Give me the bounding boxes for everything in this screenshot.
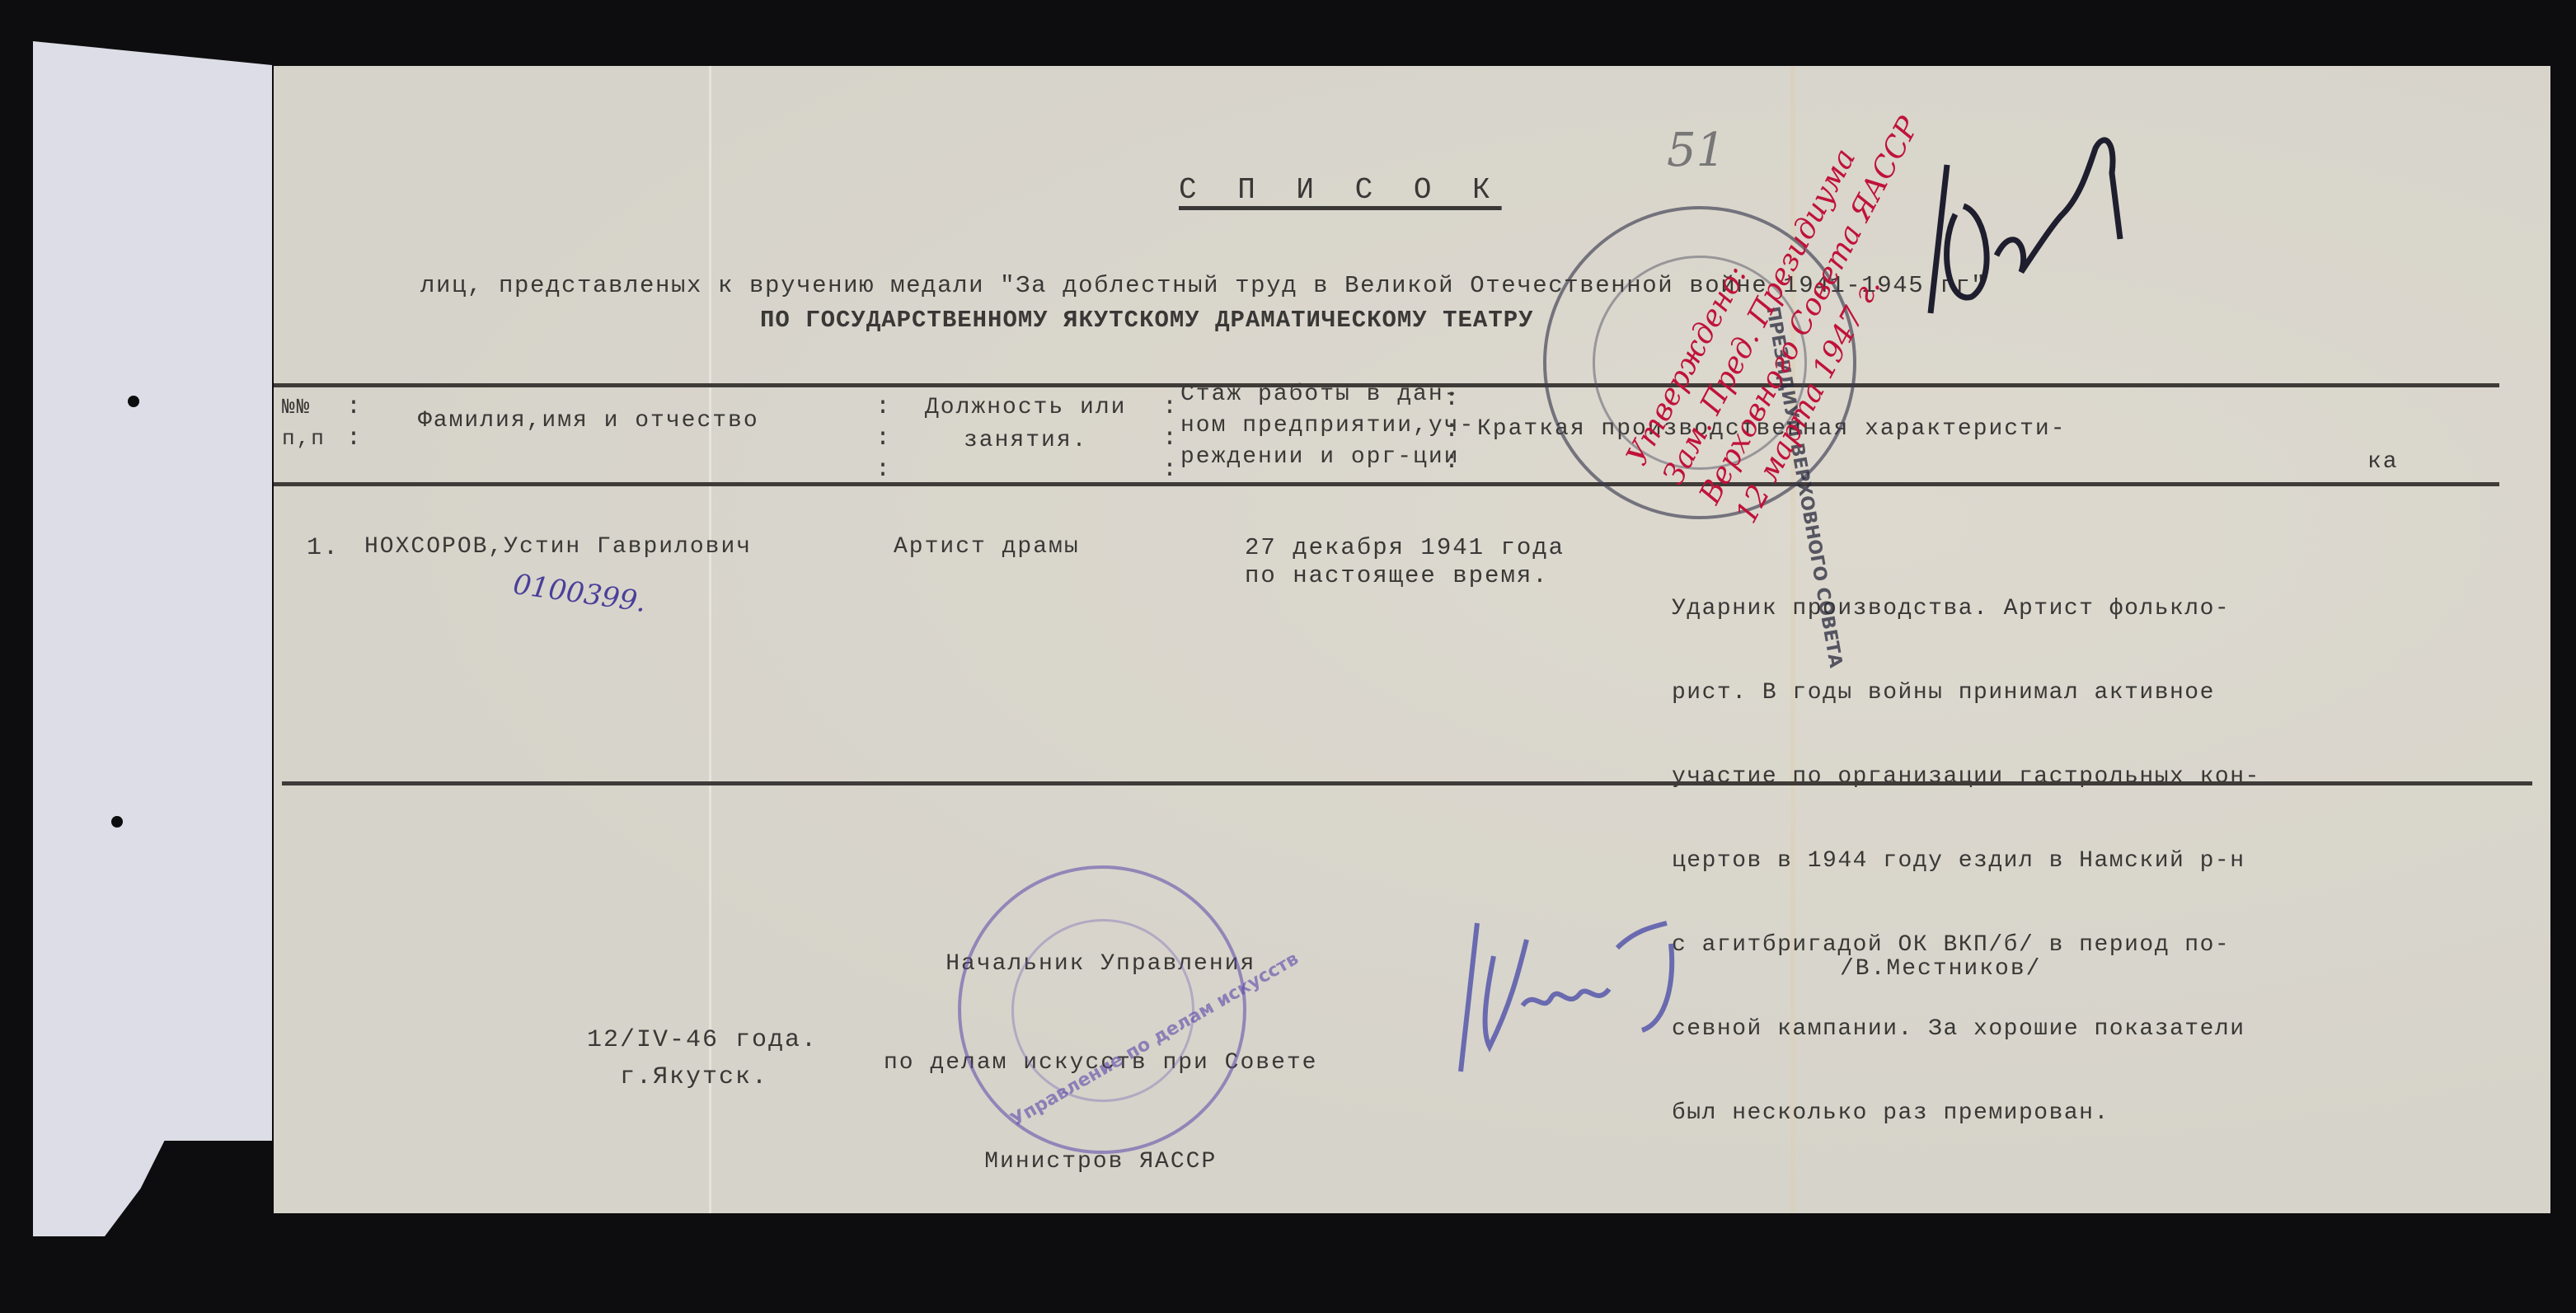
document-date: 12/IV-46 года.: [587, 1026, 818, 1054]
column-separator: :::: [1162, 392, 1177, 485]
header-number: №№п,п: [282, 392, 326, 454]
table-bottom-rule: [282, 781, 2532, 785]
column-separator: :::: [875, 392, 890, 485]
row-position: Артист драмы: [894, 534, 1080, 560]
presidium-signature: [1914, 115, 2128, 363]
row-tenure: 27 декабря 1941 годапо настоящее время.: [1245, 534, 1565, 590]
document-title: С П И С О К: [1179, 173, 1502, 207]
binding-hole: [111, 816, 123, 828]
sheet-number: 51: [1667, 124, 1725, 177]
organization-name: ПО ГОСУДАРСТВЕННОМУ ЯКУТСКОМУ ДРАМАТИЧЕС…: [760, 307, 1534, 334]
column-separator: :::: [1444, 383, 1459, 477]
header-characteristic-cont: ка: [2367, 449, 2399, 475]
header-full-name: Фамилия,имя и отчество: [418, 408, 759, 434]
archive-paper-slip: [33, 41, 272, 1236]
signer-name: /В.Местников/: [1840, 956, 2041, 982]
document-sheet: 51 С П И С О К лиц, представленых к вруч…: [274, 66, 2550, 1213]
row-handwritten-id: 0100399.: [511, 568, 648, 619]
row-characteristic: Ударник производства. Артист фолькло- ри…: [1672, 539, 2260, 1184]
document-place: г.Якутск.: [620, 1063, 768, 1091]
header-position: Должность илизанятия.: [925, 392, 1126, 457]
table-header-rule: [274, 482, 2499, 486]
head-signature: [1444, 907, 1708, 1088]
binding-hole: [128, 396, 139, 407]
row-full-name: НОХСОРОВ,Устин Гаврилович: [364, 534, 752, 560]
header-tenure: Стаж работы в дан-ном предприятии,уч-реж…: [1180, 379, 1475, 473]
column-separator: ::: [346, 392, 361, 454]
row-number: 1.: [307, 534, 340, 562]
arts-department-seal: Управление по делам искусств: [958, 865, 1246, 1154]
